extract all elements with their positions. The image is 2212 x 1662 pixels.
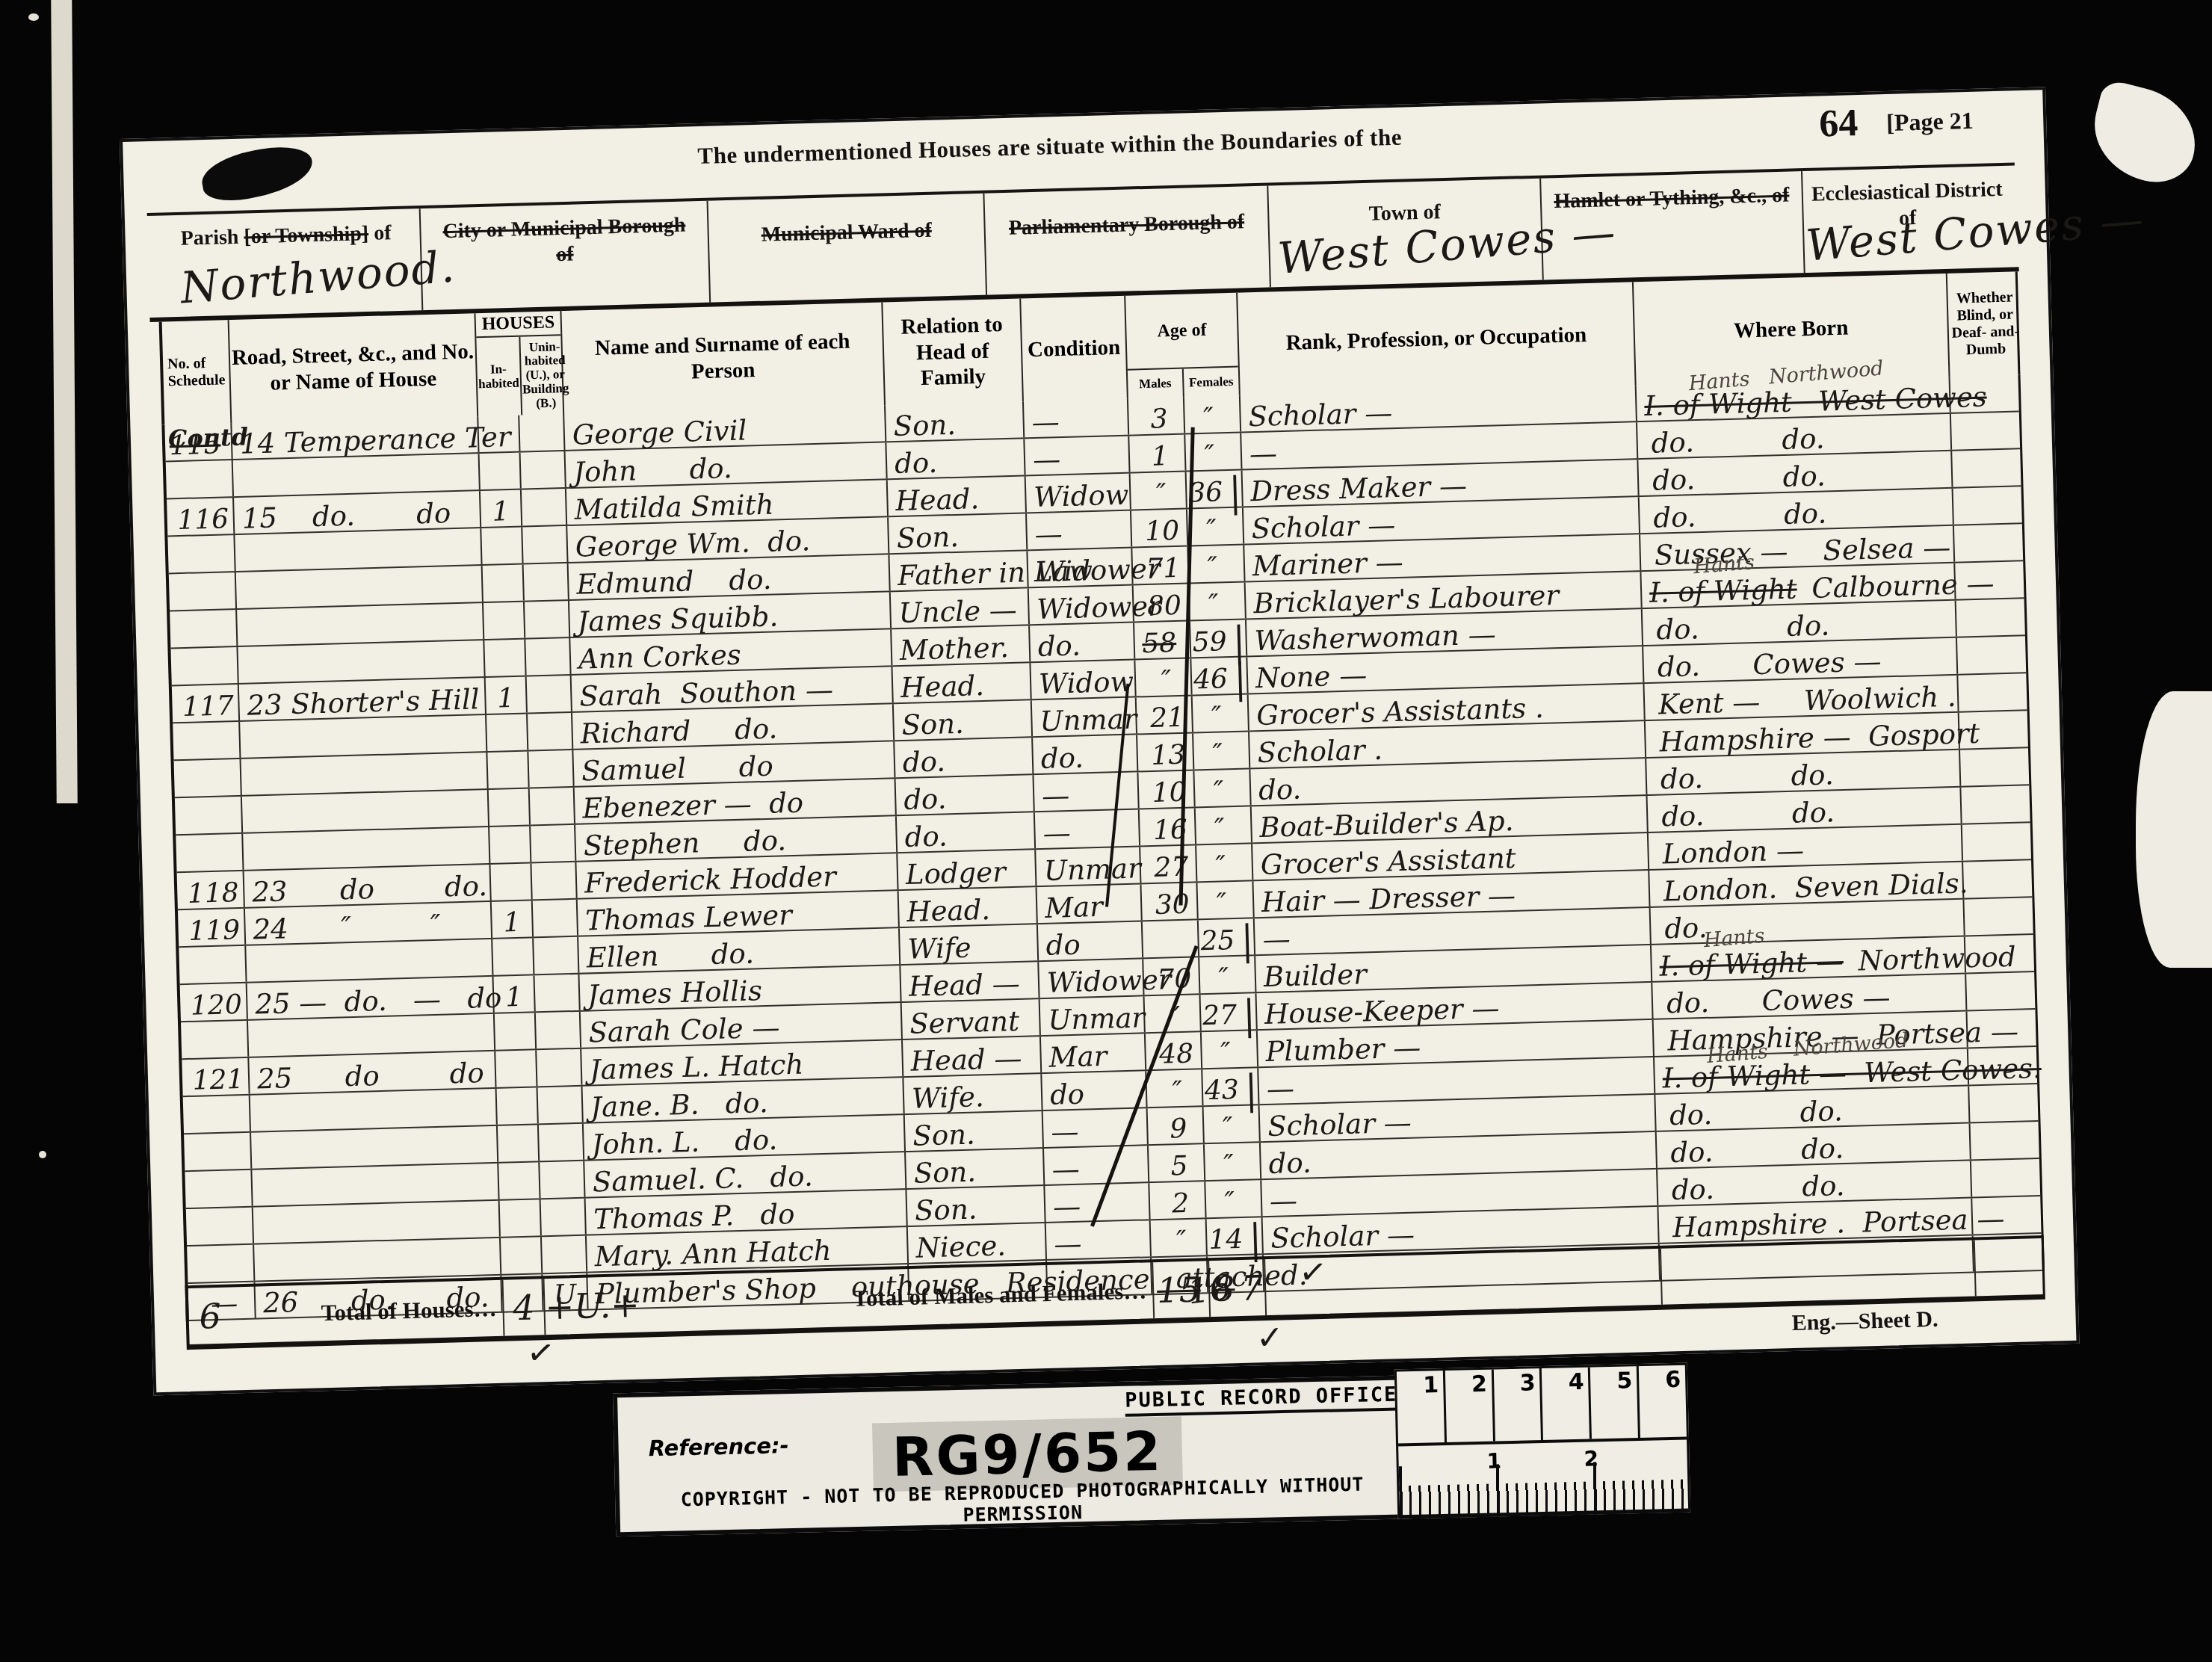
header-relation: Relation to Head of Family (883, 298, 1024, 405)
occupation-text: do. (1258, 776, 1302, 805)
name-text: Ellen do. (586, 939, 754, 971)
born-cell: do. (1651, 900, 1965, 944)
header-occupation: Rank, Profession, or Occupation (1238, 282, 1637, 395)
totals-houses-note: +U.+ ✓ (543, 1278, 589, 1335)
field-ward-label: Municipal Ward of (708, 216, 984, 250)
age-males-text: 2 (1172, 1190, 1190, 1218)
age-males-text: 9 (1170, 1116, 1187, 1143)
road-cell (241, 753, 489, 795)
condition-text: Unmar (1048, 1004, 1146, 1034)
blind-cell (1956, 599, 2030, 637)
road-cell (238, 640, 485, 683)
census-page: The undermentioned Houses are situate wi… (120, 87, 2080, 1395)
born-cell: Sussex — Selsea — (1640, 526, 1955, 570)
age-females-text: ″ (1203, 405, 1214, 432)
road-cell (246, 939, 493, 982)
uninhabited-cell (525, 638, 571, 676)
occupation-text: Dress Maker — (1250, 472, 1468, 505)
inhabited-cell (495, 1013, 537, 1049)
born-cell: do. do. (1640, 489, 1954, 533)
relation-text: Niece. (915, 1232, 1006, 1261)
relation-cell: Servant (902, 999, 1041, 1039)
born-text: do. do. (1670, 1134, 1844, 1167)
uninhabited-cell (538, 1087, 584, 1124)
field-city-label: City or Municipal Borough of (441, 211, 689, 271)
schedule-cell: 117 (172, 685, 240, 722)
age-males-text: 80 (1147, 593, 1182, 620)
inhabited-cell: 1 (492, 900, 534, 937)
age-females-cell: ″ (1190, 582, 1246, 620)
born-text: do. do. (1660, 761, 1834, 793)
age-males-text: 21 (1150, 705, 1185, 732)
schedule-cell: 120 (180, 983, 248, 1021)
condition-text: Mar (1045, 893, 1104, 922)
name-text: Sarah Cole — (588, 1014, 780, 1047)
uninhabited-cell (534, 937, 579, 974)
occupation-text: None — (1255, 661, 1368, 692)
relation-cell: Head. (892, 663, 1031, 702)
header-blind: Whether Blind, or Deaf- and-Dumb (1947, 271, 2024, 377)
blind-cell (1960, 748, 2034, 786)
name-cell: George Wm. do. (567, 517, 889, 562)
age-females-cell: ″ (1188, 545, 1245, 582)
schedule-cell: 119 (178, 909, 246, 946)
relation-cell: Head. (899, 887, 1038, 927)
check-mark: ✓ (1255, 1318, 1284, 1357)
road-cell (250, 1089, 498, 1131)
name-text: Edmund do. (576, 566, 772, 599)
age-males-text: ″ (1161, 667, 1171, 694)
age-males-cell: ″ (1146, 1069, 1203, 1107)
road-cell: 25 — do. — do (247, 977, 495, 1019)
age-females-cell: 27| (1201, 993, 1258, 1031)
sheet-note: Eng.—Sheet D. (1791, 1307, 1938, 1336)
blind-cell (1952, 449, 2026, 487)
schedule-cell: 116 (167, 498, 235, 535)
born-cell: do. Cowes — (1643, 638, 1958, 682)
road-cell: 23 Shorter's Hill (239, 678, 486, 720)
totals-houses-value: 4 (501, 1279, 544, 1335)
name-cell: Edmund do. (569, 554, 891, 599)
occupation-text: Scholar — (1270, 1221, 1415, 1252)
table-body: 115 14 Temperance Ter George Civil Son. … (161, 374, 2045, 1321)
born-cell: do. do. (1637, 414, 1952, 458)
road-text: 14 Temperance Ter (240, 423, 511, 458)
age-females-text: ″ (1224, 1189, 1235, 1216)
relation-text: Son. (901, 710, 964, 739)
age-males-cell (1143, 920, 1199, 957)
road-cell (254, 1238, 501, 1281)
schedule-cell (185, 1170, 253, 1208)
name-cell: John. L. do. (584, 1115, 906, 1160)
paper-corner-tear (2083, 78, 2207, 191)
road-text: 25 do do (257, 1059, 485, 1093)
occupation-text: House-Keeper — (1264, 994, 1500, 1028)
age-males-text: 5 (1170, 1153, 1188, 1181)
age-females-cell: ″ (1199, 956, 1256, 993)
uninhabited-cell (522, 489, 567, 526)
uninhabited-cell (519, 414, 565, 451)
schedule-cell (184, 1133, 252, 1170)
schedule-cell (170, 647, 238, 685)
inhabited-cell (490, 863, 532, 900)
age-females-cell: ″ (1196, 806, 1252, 844)
condition-text: Unmar (1043, 854, 1141, 884)
age-females-cell: 36| (1187, 471, 1244, 508)
relation-text: Son. (896, 523, 959, 552)
schedule-cell: 118 (177, 871, 245, 909)
age-females-text: 59 (1192, 628, 1227, 656)
age-males-cell: 3 (1128, 398, 1185, 435)
relation-cell: Son. (906, 1186, 1045, 1226)
name-cell: Frederick Hodder (576, 853, 898, 898)
age-females-cell: ″ (1193, 694, 1249, 732)
uninhabited-cell (541, 1199, 587, 1236)
blind-cell (1961, 785, 2035, 824)
age-females-text: 43 (1205, 1077, 1240, 1105)
inhabited-cell (489, 826, 531, 862)
uninhabited-cell (539, 1124, 584, 1161)
condition-cell: Widower (1039, 959, 1144, 998)
name-cell: Sarah Cole — (581, 1003, 903, 1048)
tally-stroke: | (1246, 1069, 1257, 1110)
born-text: do. Cowes — (1657, 647, 1881, 681)
age-females-text: ″ (1212, 741, 1223, 767)
name-text: Mary. Ann Hatch (594, 1237, 832, 1271)
relation-cell: Head. (888, 476, 1027, 516)
age-females-text: 36 (1188, 479, 1223, 507)
field-parl-borough: Parliamentary Borough of (984, 185, 1271, 294)
condition-cell: do. (1030, 623, 1135, 662)
relation-cell: Son. (886, 401, 1025, 441)
tally-stroke: | (1229, 472, 1241, 513)
born-text: do. do. (1661, 798, 1835, 830)
road-cell (237, 603, 484, 646)
born-cell: Hampshire — Gosport (1646, 713, 1960, 757)
name-text: Thomas P. do (593, 1200, 795, 1233)
blind-cell (1963, 860, 2037, 898)
age-females-text: ″ (1223, 1152, 1234, 1178)
age-females-text: 25 (1200, 927, 1235, 955)
age-males-cell: 1 (1129, 435, 1186, 472)
schedule-cell (175, 797, 243, 834)
name-text: Jane. B. do. (590, 1089, 768, 1121)
name-text: John do. (573, 454, 732, 486)
blind-cell (1950, 374, 2024, 413)
age-males-cell: 5 (1149, 1144, 1205, 1181)
road-cell: 14 Temperance Ter (232, 416, 479, 459)
condition-cell: Widower (1028, 549, 1133, 587)
age-males-text: 48 (1159, 1041, 1194, 1069)
inhabited-cell: 1 (486, 677, 528, 714)
name-text: Thomas Lewer (585, 901, 792, 934)
age-females-text: ″ (1208, 591, 1219, 618)
born-struck-text: I. of Wight (1649, 575, 1797, 607)
header-road: Road, Street, &c., and No. or Name of Ho… (229, 313, 479, 423)
schedule-cell (169, 572, 237, 610)
relation-cell: Head — (900, 962, 1039, 1001)
road-cell (242, 790, 489, 832)
relation-cell: do. (886, 439, 1025, 478)
inhabited-text: 1 (503, 909, 521, 937)
occupation-text: Mariner — (1252, 549, 1404, 580)
road-text: 24 ″ ″ (253, 911, 441, 944)
name-cell: George Civil (564, 405, 886, 450)
name-cell: Mary. Ann Hatch (587, 1227, 909, 1272)
born-cell: HantsI. of Wight Calbourne — (1641, 563, 1956, 608)
header-males: Males (1128, 369, 1184, 399)
age-males-cell: ″ (1131, 472, 1187, 510)
inhabited-cell (501, 1237, 543, 1273)
name-cell: James Hollis (579, 966, 901, 1010)
name-text: James L. Hatch (589, 1051, 803, 1084)
age-males-cell: 9 (1148, 1107, 1205, 1144)
age-males-text: 30 (1155, 892, 1190, 919)
condition-cell: Widower (1029, 586, 1134, 625)
born-text: do. do. (1652, 462, 1826, 494)
schedule-cell (186, 1208, 254, 1245)
condition-cell: Mar (1041, 1034, 1146, 1072)
inhabited-cell (483, 565, 525, 602)
age-females-cell: 43| (1202, 1068, 1259, 1105)
relation-text: do. (902, 747, 945, 776)
born-cell: London. Seven Dials. (1649, 862, 1964, 906)
inhabited-cell (498, 1162, 540, 1199)
age-females-text: ″ (1204, 442, 1214, 469)
born-correction-text: Hants (1703, 926, 1766, 951)
inhabited-cell (486, 714, 528, 751)
uninhabited-cell (522, 526, 568, 563)
inhabited-cell (484, 602, 525, 639)
blind-cell (1969, 1084, 2043, 1122)
blind-cell (1957, 636, 2031, 674)
schedule-cell (176, 834, 244, 871)
born-cell: Hampshire . Portsea — (1658, 1198, 1973, 1242)
name-cell: Samuel. C. do. (584, 1152, 906, 1197)
born-text: do. do. (1656, 611, 1830, 643)
relation-text: Wife. (912, 1083, 985, 1113)
relation-text: Mother. (899, 634, 1009, 664)
blind-cell (1964, 898, 2038, 936)
condition-cell: Widow (1026, 474, 1131, 513)
road-cell: 23 do do. (244, 865, 492, 907)
inhabited-text: 1 (492, 498, 510, 526)
name-text: James Hollis (587, 977, 763, 1009)
born-cell: do. do. (1648, 788, 1962, 832)
schedule-cell (173, 722, 241, 759)
copyright-line: COPYRIGHT - NOT TO BE REPRODUCED PHOTOGR… (620, 1472, 1426, 1533)
uninhabited-cell (531, 825, 576, 862)
road-text: 23 do do. (252, 872, 488, 906)
name-text: George Wm. do. (575, 527, 810, 560)
blind-cell (1972, 1196, 2046, 1235)
road-text: 25 — do. — do (255, 984, 502, 1019)
relation-cell: Son. (905, 1111, 1044, 1151)
age-females-cell: 25| (1199, 918, 1255, 956)
age-males-cell: 58 (1134, 621, 1191, 658)
name-text: Stephen do. (583, 827, 786, 859)
occupation-text: — (1249, 439, 1277, 468)
tally-stroke: | (1242, 920, 1253, 960)
condition-text: — (1054, 1230, 1082, 1258)
condition-text: — (1034, 520, 1063, 549)
totals-spacer (1974, 1238, 2048, 1297)
inhabited-text: 1 (505, 984, 523, 1012)
relation-text: Son. (913, 1158, 976, 1187)
age-females-cell: 46| (1191, 657, 1248, 694)
relation-text: Head. (895, 485, 980, 515)
relation-text: Son. (893, 411, 956, 440)
born-text: do. do. (1653, 499, 1827, 531)
relation-cell: Father in Law (889, 551, 1028, 590)
check-mark: ✓ (525, 1332, 557, 1374)
name-text: Samuel. C. do. (592, 1162, 813, 1196)
relation-text: Head. (900, 672, 985, 702)
born-struck-text: I. of Wight — (1659, 948, 1844, 980)
relation-text: do. (903, 785, 947, 814)
film-speck (28, 13, 39, 21)
header-females: Females (1184, 368, 1239, 398)
age-males-cell: 71 (1132, 547, 1189, 584)
relation-cell: Mother. (892, 625, 1031, 665)
age-males-text: 1 (1152, 443, 1170, 471)
film-edge-strip (51, 0, 78, 803)
inhabited-cell (500, 1199, 542, 1236)
age-males-cell: 27 (1140, 845, 1197, 883)
age-females-text: 46 (1193, 666, 1229, 693)
blind-cell (1966, 972, 2040, 1010)
born-correction-text: Hants (1693, 552, 1755, 577)
born-text: London — (1662, 836, 1804, 868)
road-text: 15 do. do (241, 499, 451, 533)
age-males-text: 10 (1145, 518, 1180, 546)
condition-cell: Mar (1037, 884, 1143, 923)
age-females-cell: ″ (1193, 732, 1250, 769)
age-females-cell: ″ (1202, 1031, 1258, 1068)
blind-cell (1965, 935, 2039, 973)
relation-text: do. (895, 449, 938, 478)
age-females-text: ″ (1211, 703, 1222, 730)
inhabited-cell (481, 528, 523, 564)
relation-cell: Son. (889, 513, 1028, 553)
inhabited-cell (484, 640, 526, 676)
age-males-cell: ″ (1151, 1219, 1208, 1256)
road-cell: 25 do do (249, 1051, 496, 1094)
born-text: do. (1664, 914, 1708, 943)
relation-cell: Head — (903, 1037, 1042, 1076)
age-males-cell: 30 (1141, 883, 1198, 920)
inhabited-cell (489, 788, 531, 825)
scan-background: The undermentioned Houses are situate wi… (0, 0, 2212, 1662)
header-houses-group: HOUSES In- habited Unin- habited (U.), o… (475, 311, 564, 416)
relation-cell: Son. (894, 700, 1033, 740)
inhabited-cell (478, 415, 520, 452)
field-parish: Parish [or Township] of Northwood. (152, 208, 424, 318)
relation-cell: do. (895, 738, 1034, 777)
age-females-cell: ″ (1205, 1180, 1262, 1217)
schedule-cell (183, 1096, 251, 1133)
condition-text: — (1031, 408, 1060, 436)
uninhabited-cell (525, 601, 570, 638)
schedule-cell (174, 759, 242, 797)
schedule-text: 116 (177, 506, 229, 534)
age-males-text: ″ (1156, 481, 1167, 507)
age-females-text: ″ (1207, 554, 1217, 581)
totals-left-mark: 6 (188, 1287, 257, 1344)
field-parl-borough-label: Parliamentary Borough of (985, 208, 1268, 241)
measurement-ruler: 1 2 3 4 5 6 1 2 (1394, 1363, 1690, 1519)
inhabited-cell: 1 (494, 975, 536, 1012)
road-cell (243, 827, 490, 870)
inhabited-cell (498, 1125, 540, 1161)
uninhabited-cell (536, 1012, 581, 1049)
relation-cell: Wife. (903, 1074, 1042, 1113)
inhabited-cell: 1 (481, 490, 522, 527)
age-females-text: 27 (1202, 1002, 1238, 1030)
name-cell: Samuel do (573, 741, 895, 786)
born-cell: do. do. (1638, 451, 1953, 495)
condition-cell: — (1024, 399, 1129, 438)
schedule-text: 120 (191, 992, 243, 1020)
name-cell: Stephen do. (575, 816, 898, 861)
age-females-cell: ″ (1204, 1105, 1261, 1143)
road-text: 23 Shorter's Hill (247, 685, 480, 719)
header-age-group: Age of Males Females (1125, 293, 1241, 399)
name-text: Richard do. (580, 714, 777, 747)
ruler-bottom-scale: 1 2 (1398, 1440, 1688, 1519)
condition-text: Widow (1039, 668, 1134, 698)
name-cell: Ebenezer — do (575, 779, 897, 824)
born-cell: Hants NorthwoodI. of Wight West Cowes (1637, 377, 1951, 421)
name-text: Sarah Southon — (579, 676, 833, 710)
occupation-text: — (1270, 1187, 1298, 1215)
schedule-text: 119 (188, 917, 241, 945)
totals-spacer (1264, 1249, 1661, 1315)
tally-stroke: | (1235, 659, 1246, 699)
age-males-cell: 80 (1134, 584, 1190, 621)
name-text: Ebenezer — do (582, 789, 804, 823)
field-ward: Municipal Ward of (708, 194, 988, 303)
born-cell: London — (1649, 825, 1963, 869)
condition-text: — (1042, 819, 1071, 847)
ruler-top-scale: 1 2 3 4 5 6 (1397, 1365, 1687, 1447)
age-females-text: ″ (1223, 1114, 1233, 1141)
inhabited-text: 1 (497, 685, 515, 713)
schedule-cell (179, 946, 247, 983)
uninhabited-cell (521, 451, 566, 489)
field-town: Town of West Cowes — (1268, 179, 1544, 288)
condition-cell: — (1035, 809, 1140, 848)
relation-text: Lodger (906, 858, 1007, 889)
uninhabited-cell (531, 862, 577, 900)
occupation-text: Scholar — (1267, 1109, 1412, 1140)
occupation-text: Builder (1263, 960, 1367, 991)
age-females-text: ″ (1217, 890, 1227, 917)
field-hamlet-label: Hamlet or Tything, &c., of (1541, 182, 1802, 214)
relation-text: do. (904, 822, 948, 851)
born-cell: Kent — Woolwich . (1644, 676, 1959, 720)
totals-houses-label: Total of Houses… (256, 1280, 504, 1343)
age-females-text: ″ (1214, 815, 1225, 842)
name-cell: Ellen do. (578, 928, 900, 973)
header-schedule: No. of Schedule Contd (162, 320, 232, 424)
condition-cell: do (1038, 921, 1143, 960)
blind-cell (1954, 524, 2028, 562)
name-cell: Thomas P. do (586, 1190, 908, 1235)
page-label: [Page 21 (1886, 107, 1974, 137)
name-cell: James Squibb. (569, 592, 892, 637)
born-text: do. do. (1669, 1097, 1844, 1129)
